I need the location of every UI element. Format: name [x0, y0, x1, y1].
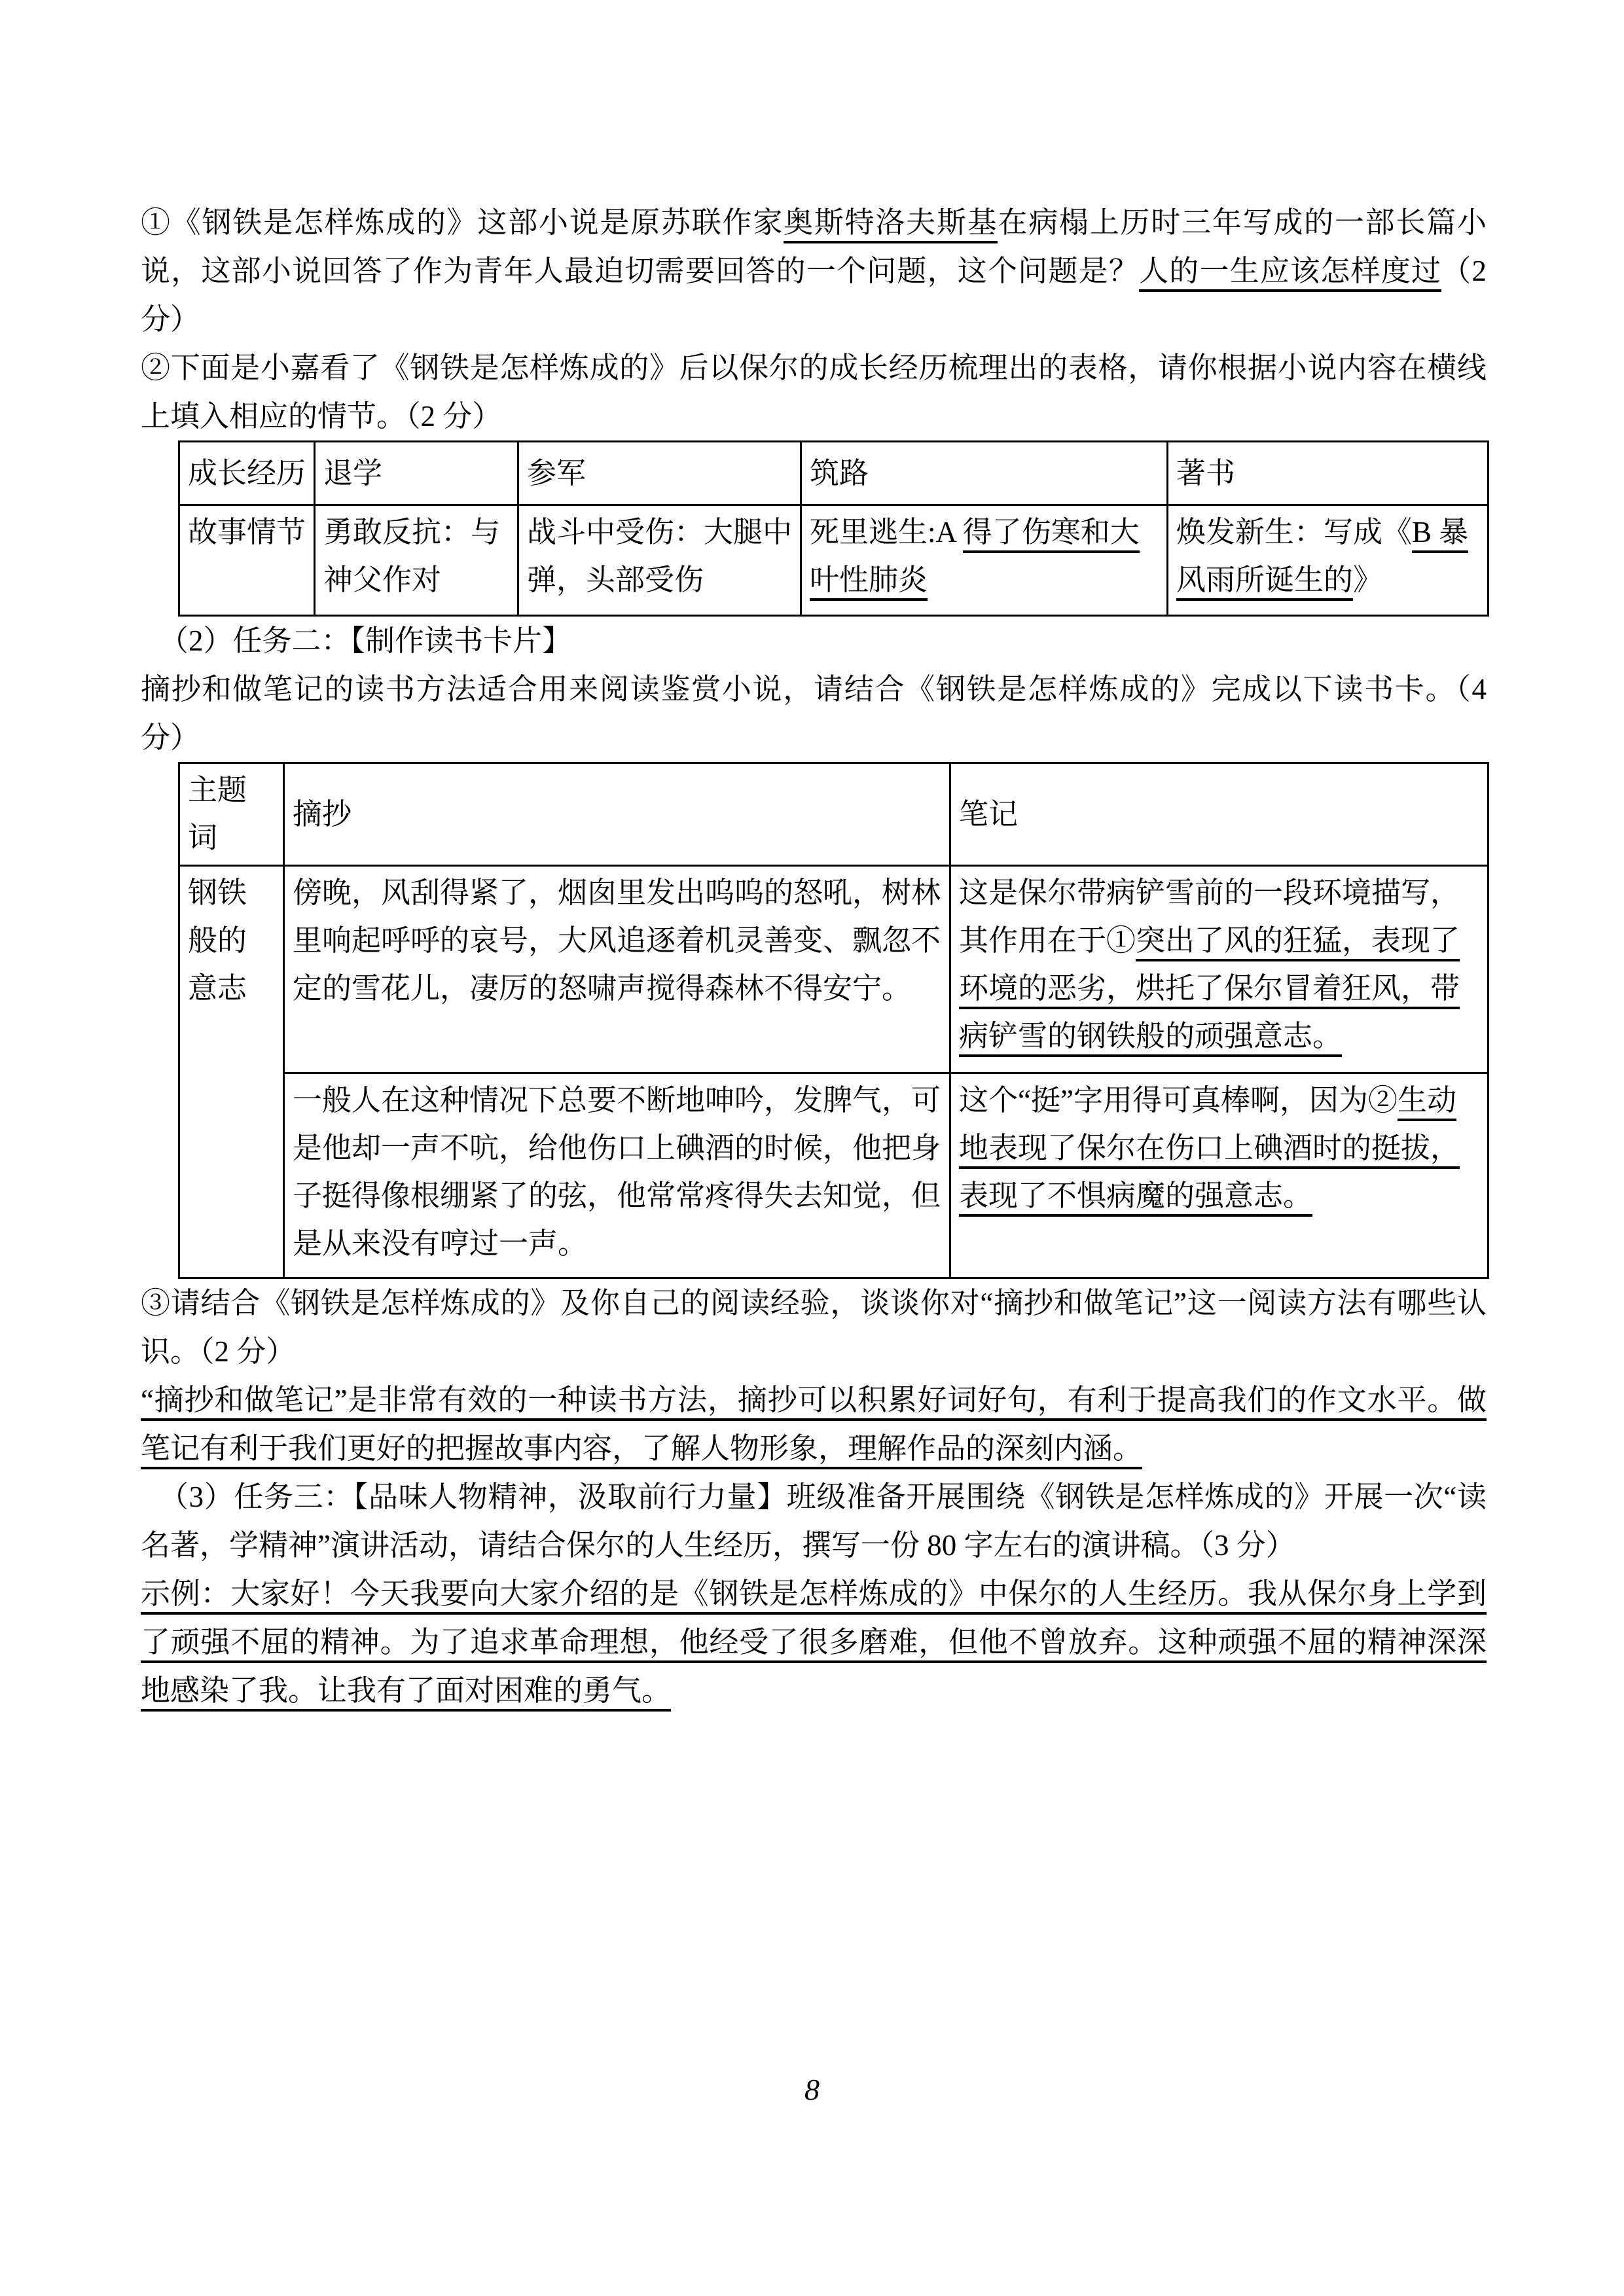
text-segment: 一般人在这种情况下总要不断地呻吟，发脾气，可是他却一声不吭，给他伤口上碘酒的时候… [293, 1084, 941, 1260]
text-segment: （3）任务三：【品味人物精神，汲取前行力量】班级准备开展围绕《钢铁是怎样炼成的》… [141, 1480, 1487, 1562]
task2-intro: 摘抄和做笔记的读书方法适合用来阅读鉴赏小说，请结合《钢铁是怎样炼成的》完成以下读… [141, 665, 1487, 762]
header-cell-write-book: 著书 [1168, 442, 1489, 505]
text-segment: ①《钢铁是怎样炼成的》这部小说是原苏联作家 [141, 206, 784, 239]
header-cell-extract: 摘抄 [284, 763, 950, 866]
underlined-answer-text: 示例：大家好！今天我要向大家介绍的是《钢铁是怎样炼成的》中保尔的人生经历。我从保… [141, 1577, 1487, 1712]
underlined-answer-text: 人的一生应该怎样度过 [1139, 255, 1441, 292]
reading-card-row-2: 一般人在这种情况下总要不断地呻吟，发脾气，可是他却一声不吭，给他伤口上碘酒的时候… [179, 1073, 1489, 1278]
text-segment: 摘抄和做笔记的读书方法适合用来阅读鉴赏小说，请结合《钢铁是怎样炼成的》完成以下读… [141, 673, 1487, 754]
text-segment: 焕发新生：写成《 [1176, 516, 1412, 548]
task3-example-answer: 示例：大家好！今天我要向大家介绍的是《钢铁是怎样炼成的》中保尔的人生经历。我从保… [141, 1570, 1487, 1715]
cell-note-2: 这个“挺”字用得可真棒啊，因为②生动地表现了保尔在伤口上碘酒时的挺拔，表现了不惧… [950, 1073, 1489, 1278]
task2-heading: （2）任务二：【制作读书卡片】 [141, 617, 1487, 665]
paragraph-question3: ③请结合《钢铁是怎样炼成的》及你自己的阅读经验，谈谈你对“摘抄和做笔记”这一阅读… [141, 1279, 1487, 1376]
text-segment: 》 [1353, 564, 1382, 596]
cell-plot-quit-school: 勇敢反抗：与神父作对 [315, 505, 518, 616]
growth-table-data-row: 故事情节 勇敢反抗：与神父作对 战斗中受伤：大腿中弹，头部受伤 死里逃生:A 得… [179, 505, 1489, 616]
text-segment: 死里逃生:A [810, 516, 963, 548]
text-segment: 勇敢反抗：与神父作对 [323, 516, 500, 596]
header-cell-build-road: 筑路 [801, 442, 1168, 505]
page-number: 8 [0, 2073, 1624, 2106]
underlined-answer-text: 奥斯特洛夫斯基 [784, 206, 998, 243]
growth-table-header-row: 成长经历 退学 参军 筑路 著书 [179, 442, 1489, 505]
text-segment: ③请结合《钢铁是怎样炼成的》及你自己的阅读经验，谈谈你对“摘抄和做笔记”这一阅读… [141, 1287, 1487, 1368]
cell-plot-join-army: 战斗中受伤：大腿中弹，头部受伤 [518, 505, 801, 616]
text-segment: 战斗中受伤：大腿中弹，头部受伤 [527, 516, 792, 596]
paragraph-novel-intro: ①《钢铁是怎样炼成的》这部小说是原苏联作家奥斯特洛夫斯基在病榻上历时三年写成的一… [141, 198, 1487, 344]
cell-plot-build-road: 死里逃生:A 得了伤寒和大叶性肺炎 [801, 505, 1168, 616]
reading-card-table: 主题词 摘抄 笔记 钢铁般的意志 傍晚，风刮得紧了，烟囱里发出呜呜的怒吼，树林里… [178, 762, 1489, 1279]
text-segment: 这个“挺”字用得可真棒啊，因为② [959, 1084, 1398, 1117]
text-segment: 傍晚，风刮得紧了，烟囱里发出呜呜的怒吼，树林里响起呼呼的哀号，大风追逐着机灵善变… [293, 876, 941, 1005]
header-cell-quit-school: 退学 [315, 442, 518, 505]
header-cell-theme-word: 主题词 [179, 763, 284, 866]
text-segment: ②下面是小嘉看了《钢铁是怎样炼成的》后以保尔的成长经历梳理出的表格，请你根据小说… [141, 351, 1487, 433]
underlined-answer-text: “摘抄和做笔记”是非常有效的一种读书方法，摘抄可以积累好词好句，有利于提高我们的… [141, 1384, 1487, 1469]
cell-theme-word: 钢铁般的意志 [179, 866, 284, 1278]
question3-answer: “摘抄和做笔记”是非常有效的一种读书方法，摘抄可以积累好词好句，有利于提高我们的… [141, 1376, 1487, 1473]
reading-card-header-row: 主题词 摘抄 笔记 [179, 763, 1489, 866]
row-label-story-plot: 故事情节 [179, 505, 315, 616]
cell-note-1: 这是保尔带病铲雪前的一段环境描写，其作用在于①突出了风的狂猛，表现了环境的恶劣，… [950, 866, 1489, 1073]
header-cell-note: 笔记 [950, 763, 1489, 866]
header-cell-join-army: 参军 [518, 442, 801, 505]
cell-extract-2: 一般人在这种情况下总要不断地呻吟，发脾气，可是他却一声不吭，给他伤口上碘酒的时候… [284, 1073, 950, 1278]
text-segment: （2）任务二：【制作读书卡片】 [159, 624, 571, 657]
task3-heading: （3）任务三：【品味人物精神，汲取前行力量】班级准备开展围绕《钢铁是怎样炼成的》… [141, 1473, 1487, 1570]
cell-plot-write-book: 焕发新生：写成《B 暴风雨所诞生的》 [1168, 505, 1489, 616]
page-content: ①《钢铁是怎样炼成的》这部小说是原苏联作家奥斯特洛夫斯基在病榻上历时三年写成的一… [141, 198, 1487, 1715]
paragraph-table-instruction: ②下面是小嘉看了《钢铁是怎样炼成的》后以保尔的成长经历梳理出的表格，请你根据小说… [141, 344, 1487, 440]
document-page: ①《钢铁是怎样炼成的》这部小说是原苏联作家奥斯特洛夫斯基在病榻上历时三年写成的一… [0, 0, 1624, 2296]
growth-experience-table: 成长经历 退学 参军 筑路 著书 故事情节 勇敢反抗：与神父作对 战斗中受伤：大… [178, 440, 1489, 617]
reading-card-row-1: 钢铁般的意志 傍晚，风刮得紧了，烟囱里发出呜呜的怒吼，树林里响起呼呼的哀号，大风… [179, 866, 1489, 1073]
header-cell-growth-experience: 成长经历 [179, 442, 315, 505]
cell-extract-1: 傍晚，风刮得紧了，烟囱里发出呜呜的怒吼，树林里响起呼呼的哀号，大风追逐着机灵善变… [284, 866, 950, 1073]
